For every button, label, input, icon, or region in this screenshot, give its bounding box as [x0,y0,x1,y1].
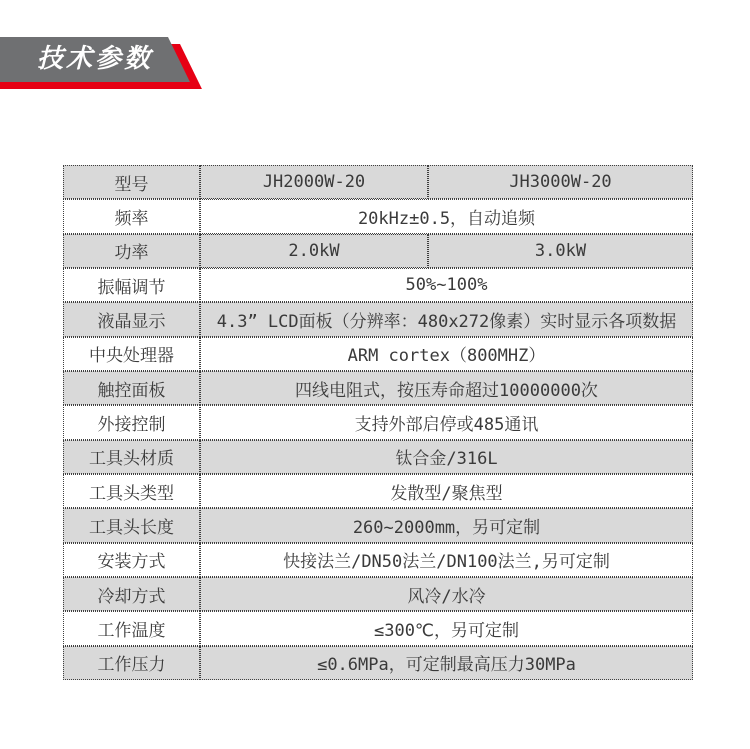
table-row: 冷却方式风冷/水冷 [63,577,693,611]
row-value: 260~2000mm，另可定制 [200,508,693,542]
row-value: ≤0.6MPa，可定制最高压力30MPa [200,646,693,680]
table-row: 工具头类型发散型/聚焦型 [63,474,693,508]
table-row: 功率2.0kW3.0kW [63,234,693,268]
row-value: JH2000W-20 [200,165,428,199]
table-row: 工具头长度260~2000mm，另可定制 [63,508,693,542]
row-value: ARM cortex（800MHZ） [200,337,693,371]
row-label: 工作压力 [63,646,200,680]
row-value: ≤300℃，另可定制 [200,611,693,645]
row-label: 功率 [63,234,200,268]
row-label: 冷却方式 [63,577,200,611]
row-value: 4.3” LCD面板（分辨率：480x272像素）实时显示各项数据 [200,302,693,336]
spec-table: 型号JH2000W-20JH3000W-20频率20kHz±0.5，自动追频功率… [63,165,693,680]
row-label: 振幅调节 [63,268,200,302]
row-value: 3.0kW [428,234,693,268]
table-row: 液晶显示4.3” LCD面板（分辨率：480x272像素）实时显示各项数据 [63,302,693,336]
table-row: 工作压力≤0.6MPa，可定制最高压力30MPa [63,646,693,680]
table-row: 安装方式快接法兰/DN50法兰/DN100法兰,另可定制 [63,543,693,577]
table-row: 频率20kHz±0.5，自动追频 [63,199,693,233]
row-value: 20kHz±0.5，自动追频 [200,199,693,233]
row-label: 工作温度 [63,611,200,645]
row-value: 50%~100% [200,268,693,302]
row-value: 四线电阻式，按压寿命超过10000000次 [200,371,693,405]
row-label: 液晶显示 [63,302,200,336]
row-label: 中央处理器 [63,337,200,371]
table-row: 型号JH2000W-20JH3000W-20 [63,165,693,199]
row-value: 钛合金/316L [200,440,693,474]
row-label: 工具头长度 [63,508,200,542]
table-row: 触控面板四线电阻式，按压寿命超过10000000次 [63,371,693,405]
table-row: 振幅调节50%~100% [63,268,693,302]
row-label: 工具头类型 [63,474,200,508]
row-label: 型号 [63,165,200,199]
row-value: JH3000W-20 [428,165,693,199]
spec-table-body: 型号JH2000W-20JH3000W-20频率20kHz±0.5，自动追频功率… [63,165,693,680]
row-value: 发散型/聚焦型 [200,474,693,508]
table-row: 工作温度≤300℃，另可定制 [63,611,693,645]
page-title: 技术参数 [37,37,153,82]
row-label: 安装方式 [63,543,200,577]
row-label: 频率 [63,199,200,233]
page: 技术参数 型号JH2000W-20JH3000W-20频率20kHz±0.5，自… [0,0,750,749]
row-value: 支持外部启停或485通讯 [200,405,693,439]
row-label: 外接控制 [63,405,200,439]
row-label: 触控面板 [63,371,200,405]
row-label: 工具头材质 [63,440,200,474]
row-value: 2.0kW [200,234,428,268]
table-row: 中央处理器ARM cortex（800MHZ） [63,337,693,371]
row-value: 快接法兰/DN50法兰/DN100法兰,另可定制 [200,543,693,577]
table-row: 外接控制支持外部启停或485通讯 [63,405,693,439]
table-row: 工具头材质钛合金/316L [63,440,693,474]
row-value: 风冷/水冷 [200,577,693,611]
